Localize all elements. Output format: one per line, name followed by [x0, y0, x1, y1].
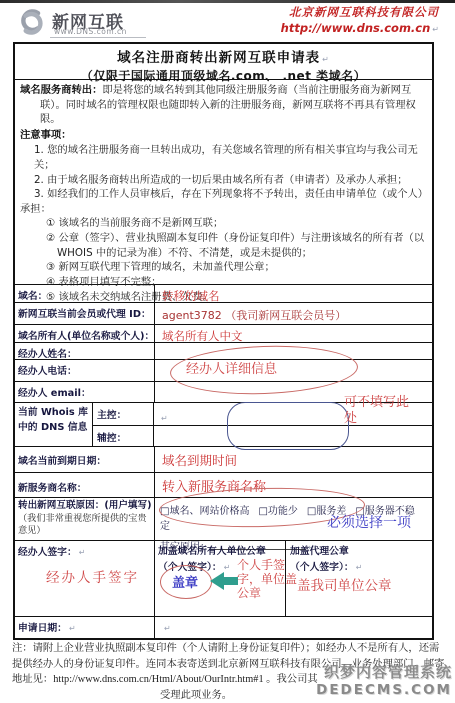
document-page: 新网互联 www.DNS.com.cn 北京新网互联科技有限公司 http://…: [0, 0, 455, 703]
field-value-contact-name: [155, 343, 432, 359]
paragraph-mark: ↵: [432, 25, 439, 34]
whois-primary-row: 主控： ↵: [93, 403, 432, 426]
field-label-dns-primary: 主控：: [93, 403, 154, 425]
header-right: 北京新网互联科技有限公司 http://www.dns.com.cn↵: [281, 4, 439, 35]
field-label-expiry: 域名当前到期日期：: [15, 447, 155, 472]
field-label-transfer-reason: 转出新网互联原因：(用户填写) （我们非常重视您所提供的宝贵意见）: [15, 498, 155, 540]
logo-underline: [50, 37, 146, 38]
paragraph-mark: ↵: [322, 55, 330, 64]
field-value-new-registrar: 转入新服务商名称: [155, 473, 432, 497]
intro-label: 域名服务商转出：: [20, 84, 102, 96]
field-label-member-id: 新网互联当前会员或代理 ID：: [15, 303, 155, 324]
footer-url: http://www.dns.com.cn/Html/About/OurIntr…: [53, 674, 263, 685]
field-value-dns-secondary: [154, 426, 432, 446]
field-row-member-id: 新网互联当前会员或代理 ID： agent3782 （我司新网互联会员号）: [15, 303, 432, 325]
field-label-contact-name: 经办人姓名：: [15, 343, 155, 359]
dedecms-watermark: 织梦内容管理系统 DEDECMS.COM: [316, 661, 452, 698]
reason-options: □域名、网站价格高□功能少□服务差□服务器不稳定: [160, 502, 432, 532]
field-label-signature: 经办人签字：↵: [15, 541, 155, 616]
field-value-domain: 转移的域名: [155, 285, 432, 302]
form-notes: 域名服务商转出：即是将您的域名转到其他同级注册服务商（当前注册服务商为新网互联）…: [15, 80, 432, 285]
agent-seal-cell: 加盖代理公章 （个人签字）：↵: [286, 541, 432, 616]
field-row-contact-name: 经办人姓名：: [15, 343, 432, 360]
chain-link-icon: [16, 7, 46, 37]
field-value-contact-phone: [155, 360, 432, 381]
field-label-whois-dns: 当前 Whois 库中的 DNS 信息: [15, 403, 93, 446]
field-row-whois-dns: 当前 Whois 库中的 DNS 信息 主控： ↵ 辅控：: [15, 403, 432, 447]
intro-paragraph: 域名服务商转出：即是将您的域名转到其他同级注册服务商（当前注册服务商为新网互联）…: [20, 83, 427, 127]
field-row-owner: 域名所有人(单位名称或个人)： 域名所有人中文: [15, 325, 432, 343]
company-url: http://www.dns.com.cn↵: [281, 21, 439, 35]
paragraph-mark: ↵: [161, 414, 168, 423]
paragraph-mark: ↵: [164, 624, 171, 633]
application-form: 域名注册商转出新网互联申请表↵ （仅限于国际通用顶级域名.com、 .net 类…: [13, 42, 434, 640]
paragraph-mark: ↵: [224, 563, 231, 572]
field-label-apply-date: 申请日期：↵: [15, 617, 155, 638]
footer-text: 受理此项业务。: [160, 690, 232, 701]
field-value-transfer-reason: □域名、网站价格高□功能少□服务差□服务器不稳定 其它原因：↵: [155, 498, 432, 540]
form-title: 域名注册商转出新网互联申请表↵: [15, 44, 432, 66]
notice-heading: 注意事项：: [20, 128, 427, 143]
paragraph-mark: ↵: [79, 548, 86, 557]
reason-option-checkbox: □域名、网站价格高: [160, 506, 249, 517]
whois-secondary-row: 辅控：: [93, 426, 432, 446]
field-label-new-registrar: 新服务商名称：: [15, 473, 155, 497]
brand-site: www.DNS.com.cn: [54, 27, 127, 36]
field-row-domain: 域名： 转移的域名: [15, 285, 432, 303]
paragraph-mark: ↵: [356, 563, 363, 572]
field-label-domain: 域名：: [15, 285, 155, 302]
field-row-transfer-reason: 转出新网互联原因：(用户填写) （我们非常重视您所提供的宝贵意见） □域名、网站…: [15, 498, 432, 541]
field-label-owner: 域名所有人(单位名称或个人)：: [15, 325, 155, 342]
page-top-edge: [0, 0, 455, 3]
paragraph-mark: ↵: [69, 624, 76, 633]
field-row-contact-phone: 经办人电话：: [15, 360, 432, 382]
field-value-contact-email: [155, 382, 432, 402]
field-label-contact-email: 经办人 email：: [15, 382, 155, 402]
field-row-new-registrar: 新服务商名称： 转入新服务商名称: [15, 473, 432, 498]
field-value-apply-date: ↵: [155, 617, 432, 638]
watermark-cn: 织梦内容管理系统: [316, 661, 452, 682]
reason-option-checkbox: □服务差: [307, 506, 346, 517]
sub-notice-item: ③ 新网互联代理下管理的域名，未加盖代理公章；: [20, 260, 427, 275]
sub-notice-item: ② 公章（签字）、营业执照副本复印件（身份证复印件）与注册该域名的所有者（以 W…: [20, 231, 427, 260]
field-row-expiry: 域名当前到期日期： 域名到期时间: [15, 447, 432, 473]
owner-seal-cell: 加盖域名所有人单位公章 （个人签字）：↵: [155, 541, 286, 616]
sub-notice-item: ① 该域名的当前服务商不是新网互联；: [20, 216, 427, 231]
notice-item: 2. 由于域名服务商转出所造成的一切后果由域名所有者（申请者）及承办人承担；: [20, 173, 427, 188]
field-value-expiry: 域名到期时间: [155, 447, 432, 472]
signature-row: 经办人签字：↵ 加盖域名所有人单位公章 （个人签字）：↵ 加盖代理公章 （个人签…: [15, 541, 432, 617]
field-value-dns-primary: ↵: [154, 403, 432, 425]
reason-option-checkbox: □功能少: [258, 506, 297, 517]
field-value-owner: 域名所有人中文: [155, 325, 432, 342]
notice-item: 3. 如经我们的工作人员审核后，存在下列现象将不予转出，责任由申请单位（或个人）…: [20, 187, 427, 216]
field-label-dns-secondary: 辅控：: [93, 426, 154, 446]
watermark-en: DEDECMS.COM: [316, 682, 452, 698]
notice-item: 1. 您的域名注册服务商一旦转出成功，有关您域名管理的所有相关事宜均与我公司无关…: [20, 143, 427, 172]
company-name: 北京新网互联科技有限公司: [281, 4, 439, 20]
company-logo: 新网互联 www.DNS.com.cn: [16, 6, 148, 38]
footer-text: 。我公司其: [264, 674, 318, 685]
form-title-block: 域名注册商转出新网互联申请表↵ （仅限于国际通用顶级域名.com、 .net 类…: [15, 44, 432, 80]
field-label-contact-phone: 经办人电话：: [15, 360, 155, 381]
field-value-member-id: agent3782 （我司新网互联会员号）: [155, 303, 432, 324]
field-row-contact-email: 经办人 email：: [15, 382, 432, 403]
field-row-apply-date: 申请日期：↵ ↵: [15, 617, 432, 638]
